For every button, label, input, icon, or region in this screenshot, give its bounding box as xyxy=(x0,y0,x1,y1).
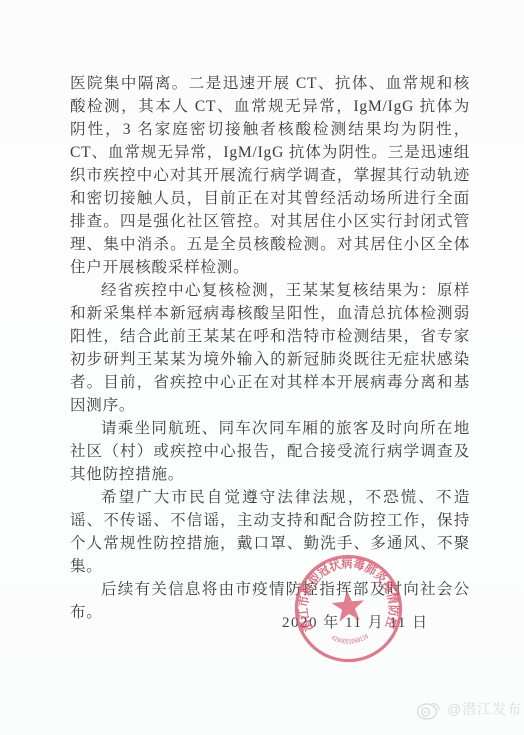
paragraph-continuation: 医院集中隔离。二是迅速开展 CT、抗体、血常规和核酸检测，其本人 CT、血常规无… xyxy=(70,72,470,279)
watermark-handle: @潜江发布 xyxy=(447,699,522,719)
issue-date: 2020 年 11 月 11 日 xyxy=(282,611,429,632)
scanned-notice-page: 医院集中隔离。二是迅速开展 CT、抗体、血常规和核酸检测，其本人 CT、血常规无… xyxy=(0,0,524,735)
seal-code-shape: 4290055068116 xyxy=(329,631,370,647)
weibo-watermark: @潜江发布 xyxy=(416,698,522,720)
notice-body: 医院集中隔离。二是迅速开展 CT、抗体、血常规和核酸检测，其本人 CT、血常规无… xyxy=(70,72,470,624)
weibo-icon xyxy=(416,698,442,720)
paragraph-public-appeal: 希望广大市民自觉遵守法律法规，不恐慌、不造谣、不传谣、不信谣，主动支持和配合防控… xyxy=(70,486,470,578)
seal-code: 4290055068116 xyxy=(329,631,370,647)
paragraph-passenger-notice: 请乘坐同航班、同车次同车厢的旅客及时向所在地社区（村）或疾控中心报告，配合接受流… xyxy=(70,417,470,486)
paragraph-recheck-result: 经省疾控中心复核检测，王某某复核结果为：原样和新采集样本新冠病毒核酸呈阳性，血清… xyxy=(70,279,470,417)
